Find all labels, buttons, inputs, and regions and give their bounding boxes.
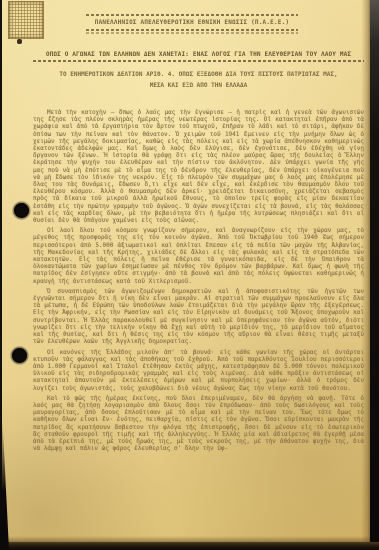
masthead: ΠΑΝΕΛΛΗΝΙΟΣ ΑΠΕΛΕΥΘΕΡΩΤΙΚΗ ΕΘΝΙΚΗ ΕΝΩΣΙΣ… xyxy=(86,14,298,34)
masthead-rule-bottom-2 xyxy=(86,32,298,34)
paragraph-2: Οἱ λαοὶ ὅλου τοῦ κόσμου γνωρίζουν σήμερο… xyxy=(33,227,364,285)
scan-edge-bottom xyxy=(0,542,379,550)
embossed-stamp xyxy=(8,1,44,39)
masthead-rule-top xyxy=(86,14,298,16)
paragraph-1: Μετὰ τὴν κατοχὴν — ὅπως ὁ λαός μας τὴν ἐ… xyxy=(33,109,364,224)
document-title: ΟΠΩΣ Ο ΑΓΩΝΑΣ ΤΩΝ ΕΛΛΗΝΩΝ ΔΕΝ ΧΑΝΕΤΑΙ: Ε… xyxy=(33,51,364,59)
scanned-page: ΠΑΝΕΛΛΗΝΙΟΣ ΑΠΕΛΕΥΘΕΡΩΤΙΚΗ ΕΘΝΙΚΗ ΕΝΩΣΙΣ… xyxy=(0,0,379,550)
body-text: Μετὰ τὴν κατοχὴν — ὅπως ὁ λαός μας τὴν ἐ… xyxy=(33,109,364,455)
masthead-title: ΠΑΝΕΛΛΗΝΙΟΣ ΑΠΕΛΕΥΘΕΡΩΤΙΚΗ ΕΘΝΙΚΗ ΕΝΩΣΙΣ… xyxy=(86,18,298,27)
masthead-rule-bottom xyxy=(86,29,298,31)
paragraph-3: Ὁ συνασπισμὸς τῶν ἀγωνιζομένων δημοκρατι… xyxy=(33,288,364,346)
stamp-ink-dot xyxy=(17,39,22,44)
subtitle-line-1: ΤΟ ΕΝΗΜΕΡΩΤΙΚΟΝ ΔΕΛΤΙΟΝ ΑΡΙΘ. 4. ΟΠΩΣ ΕΞ… xyxy=(33,69,364,80)
punch-hole-bottom xyxy=(12,348,27,363)
paragraph-5: Καὶ τὸ φῶς τῆς ἡμέρας ἐκείνης, ποὺ ὅλοι … xyxy=(33,395,364,453)
scan-edge-right xyxy=(370,0,379,550)
subtitle-line-2: ΜΕΣΑ ΚΑΙ ΕΞΩ ΑΠΟ ΤΗΝ ΕΛΛΑΔΑ xyxy=(33,80,364,91)
punch-hole-top xyxy=(14,203,29,218)
title-block: ΟΠΩΣ Ο ΑΓΩΝΑΣ ΤΩΝ ΕΛΛΗΝΩΝ ΔΕΝ ΧΑΝΕΤΑΙ: Ε… xyxy=(33,51,364,62)
title-underline xyxy=(33,60,364,62)
subtitle-block: ΤΟ ΕΝΗΜΕΡΩΤΙΚΟΝ ΔΕΛΤΙΟΝ ΑΡΙΘ. 4. ΟΠΩΣ ΕΞ… xyxy=(33,69,364,91)
paragraph-4: Οἱ κανόνες τῆς Ἑλλάδος μιλοῦν ἀπ' τὰ βου… xyxy=(33,349,364,392)
